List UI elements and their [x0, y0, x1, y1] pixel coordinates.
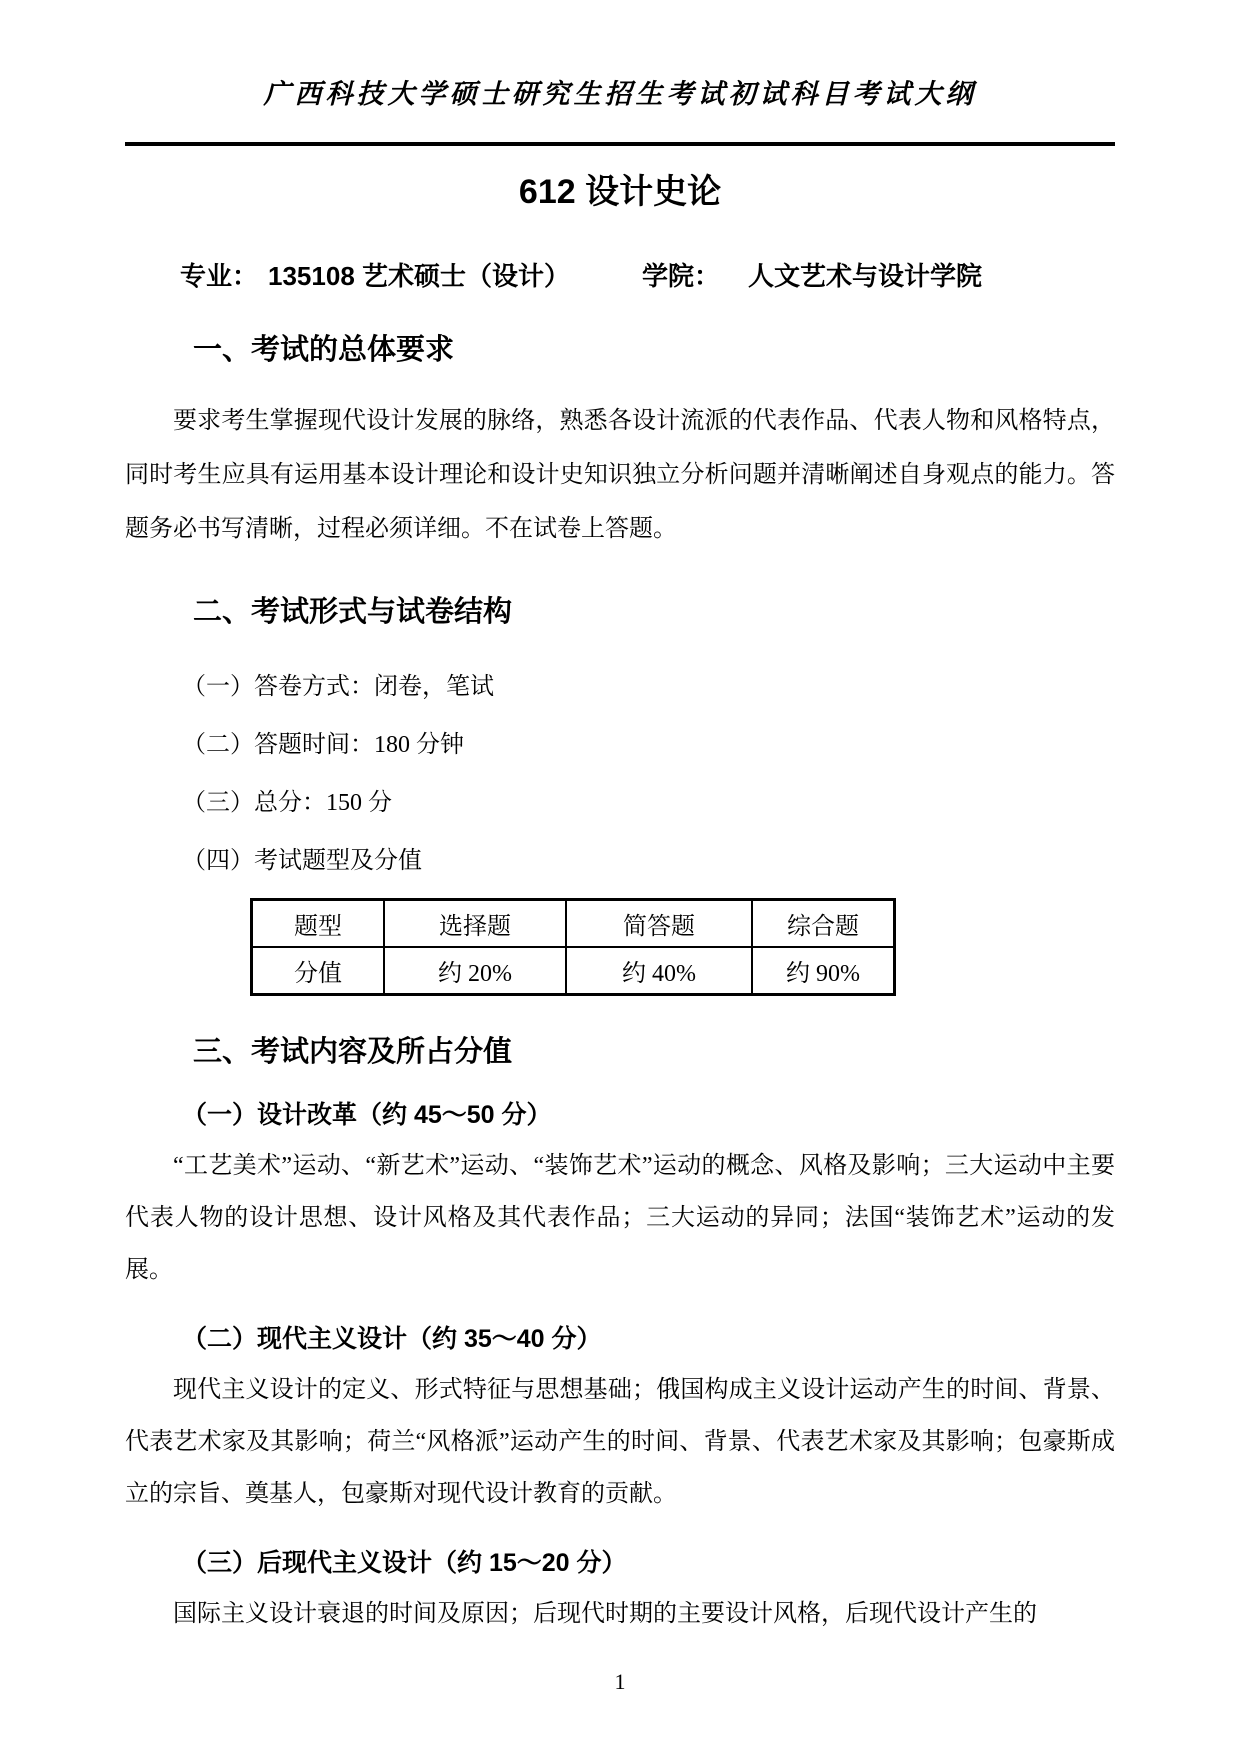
college-label: 学院： [642, 261, 720, 291]
table-header-cell: 题型 [252, 900, 385, 948]
list-item-question-types: （四）考试题型及分值 [182, 832, 1115, 890]
section-3-heading: 三、考试内容及所占分值 [193, 1032, 1115, 1072]
table-header-cell: 简答题 [566, 900, 752, 948]
major-label: 专业： [180, 261, 258, 291]
major-value: 135108 艺术硕士（设计） [268, 261, 570, 291]
table-cell: 分值 [252, 947, 385, 995]
org-title: 广西科技大学硕士研究生招生考试初试科目考试大纲 [264, 79, 977, 109]
table-cell: 约 20% [384, 947, 566, 995]
subsection-3-heading: （三）后现代主义设计（约 15～20 分） [182, 1546, 1115, 1580]
subsection-1-paragraph: “工艺美术”运动、“新艺术”运动、“装饰艺术”运动的概念、风格及影响；三大运动中… [125, 1140, 1115, 1296]
meta-row: 专业：135108 艺术硕士（设计）学院：人文艺术与设计学院 [180, 258, 1115, 294]
section-2-list: （一）答卷方式：闭卷，笔试 （二）答题时间：180 分钟 （三）总分：150 分… [182, 658, 1115, 890]
college-value: 人文艺术与设计学院 [748, 261, 982, 291]
subsection-2-paragraph: 现代主义设计的定义、形式特征与思想基础；俄国构成主义设计运动产生的时间、背景、代… [125, 1364, 1115, 1520]
table-cell: 约 90% [752, 947, 895, 995]
table-header-cell: 选择题 [384, 900, 566, 948]
table-row: 分值 约 20% 约 40% 约 90% [252, 947, 895, 995]
table-header-cell: 综合题 [752, 900, 895, 948]
page-title: 612 设计史论 [125, 172, 1115, 212]
section-1-paragraph: 要求考生掌握现代设计发展的脉络，熟悉各设计流派的代表作品、代表人物和风格特点，同… [125, 394, 1115, 556]
list-item-answer-mode: （一）答卷方式：闭卷，笔试 [182, 658, 1115, 716]
subsection-1-heading: （一）设计改革（约 45～50 分） [182, 1098, 1115, 1132]
table-row: 题型 选择题 简答题 综合题 [252, 900, 895, 948]
subsection-2-heading: （二）现代主义设计（约 35～40 分） [182, 1322, 1115, 1356]
subsection-3-paragraph: 国际主义设计衰退的时间及原因；后现代时期的主要设计风格，后现代设计产生的 [125, 1588, 1115, 1640]
document-header: 广西科技大学硕士研究生招生考试初试科目考试大纲 [125, 0, 1115, 146]
section-2-heading: 二、考试形式与试卷结构 [193, 592, 1115, 632]
page-number: 1 [0, 1668, 1240, 1696]
score-table: 题型 选择题 简答题 综合题 分值 约 20% 约 40% 约 90% [250, 898, 896, 996]
table-cell: 约 40% [566, 947, 752, 995]
list-item-duration: （二）答题时间：180 分钟 [182, 716, 1115, 774]
section-1-heading: 一、考试的总体要求 [193, 330, 1115, 370]
list-item-total-score: （三）总分：150 分 [182, 774, 1115, 832]
document-page: 广西科技大学硕士研究生招生考试初试科目考试大纲 612 设计史论 专业：1351… [0, 0, 1240, 1754]
